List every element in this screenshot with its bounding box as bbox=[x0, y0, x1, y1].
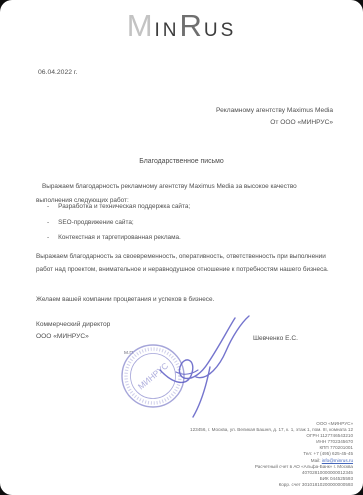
logo-letters-in: IN bbox=[155, 20, 180, 41]
letter-paragraph-3: Желаем вашей компании процветания и успе… bbox=[36, 293, 333, 307]
list-item-text: Разработка и техническая поддержка сайта… bbox=[58, 203, 190, 210]
works-list: - Разработка и техническая поддержка сай… bbox=[47, 203, 323, 250]
letter-paragraph-2: Выражаем благодарность за своевременност… bbox=[36, 250, 333, 276]
recipient-line-1: Рекламному агентству Maximus Media bbox=[216, 105, 333, 117]
letter-page: MINRUS 06.04.2022 г. Рекламному агентств… bbox=[0, 0, 363, 495]
bullet-dash: - bbox=[47, 219, 49, 226]
recipient-line-2: От ООО «МИНРУС» bbox=[216, 117, 333, 129]
logo-letter-r: R bbox=[180, 8, 204, 43]
list-item-text: SEO-продвижение сайта; bbox=[58, 219, 134, 226]
footer-email-link: info@minrus.ru bbox=[322, 458, 353, 463]
signoff-company: ООО «МИНРУС» bbox=[36, 333, 89, 340]
list-item-text: Контекстная и таргетированная реклама. bbox=[58, 234, 181, 241]
logo-letter-m: M bbox=[127, 8, 155, 43]
signer-name: Шевченко Е.С. bbox=[253, 335, 298, 342]
letter-date: 06.04.2022 г. bbox=[38, 69, 77, 76]
list-item: - Разработка и техническая поддержка сай… bbox=[47, 203, 323, 210]
footer-requisites: ООО «МИНРУС» 123456, г. Москва, ул. Вели… bbox=[190, 421, 353, 488]
footer-mail-label: Mail: bbox=[311, 458, 322, 463]
logo-letters-us: US bbox=[204, 20, 236, 41]
signature bbox=[136, 314, 268, 428]
bullet-dash: - bbox=[47, 203, 49, 210]
recipient-block: Рекламному агентству Maximus Media От ОО… bbox=[216, 105, 333, 128]
list-item: - Контекстная и таргетированная реклама. bbox=[47, 234, 323, 241]
bullet-dash: - bbox=[47, 234, 49, 241]
signoff-role: Коммерческий директор bbox=[36, 321, 110, 328]
letter-title: Благодарственное письмо bbox=[0, 158, 363, 165]
company-logo: MINRUS bbox=[0, 8, 363, 44]
footer-corr-account: Корр. счет 30101810200000000593 bbox=[190, 482, 353, 488]
list-item: - SEO-продвижение сайта; bbox=[47, 219, 323, 226]
